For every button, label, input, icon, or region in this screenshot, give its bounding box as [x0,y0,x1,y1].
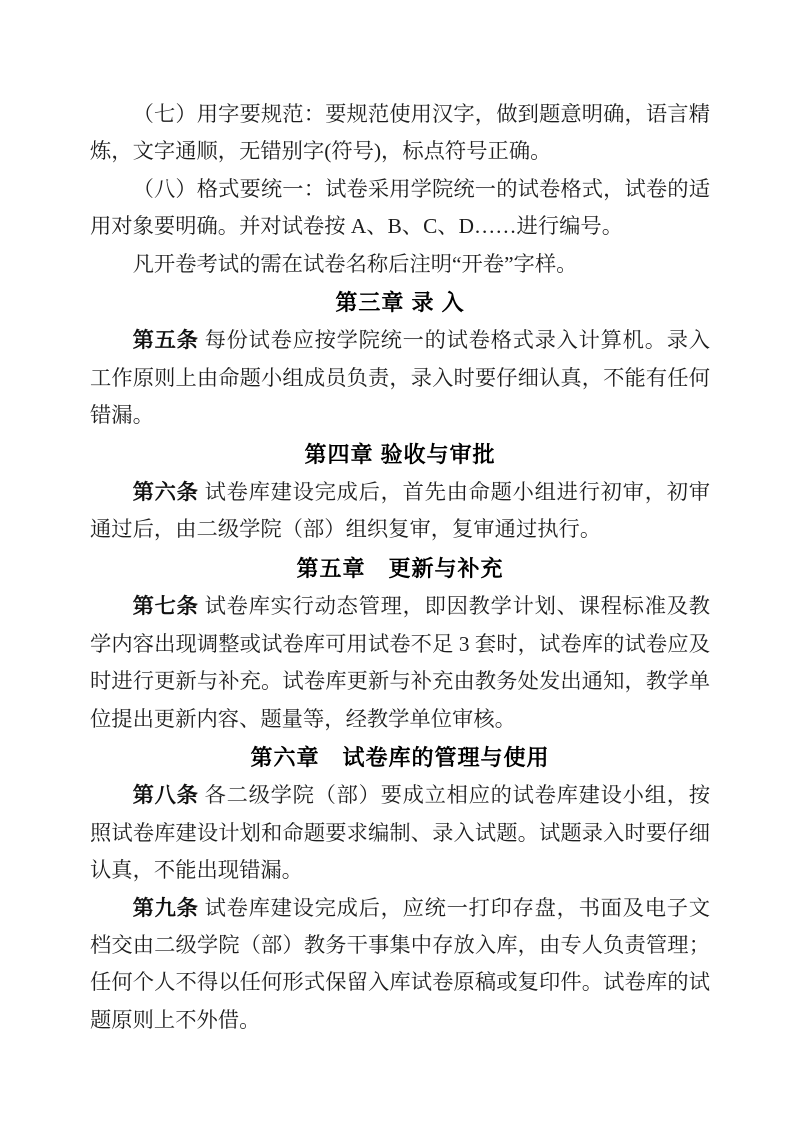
paragraph-article-5: 第五条 每份试卷应按学院统一的试卷格式录入计算机。录入工作原则上由命题小组成员负… [90,322,710,434]
paragraph-text: （八）格式要统一：试卷采用学院统一的试卷格式，试卷的适用对象要明确。并对试卷按 … [90,177,710,238]
chapter-heading-3: 第三章 录 入 [90,284,710,321]
paragraph-article-9: 第九条 试卷库建设完成后，应统一打印存盘，书面及电子文档交由二级学院（部）教务干… [90,890,710,1040]
article-number: 第八条 [133,783,199,807]
chapter-heading-4: 第四章 验收与审批 [90,436,710,473]
paragraph-open-book-note: 凡开卷考试的需在试卷名称后注明“开卷”字样。 [90,246,710,283]
paragraph-text: （七）用字要规范：要规范使用汉字，做到题意明确，语言精炼，文字通顺，无错别字(符… [90,102,710,163]
paragraph-article-6: 第六条 试卷库建设完成后，首先由命题小组进行初审，初审通过后，由二级学院（部）组… [90,474,710,549]
paragraph-item-7: （七）用字要规范：要规范使用汉字，做到题意明确，语言精炼，文字通顺，无错别字(符… [90,96,710,171]
paragraph-article-7: 第七条 试卷库实行动态管理，即因教学计划、课程标准及教学内容出现调整或试卷库可用… [90,588,710,738]
paragraph-text: 凡开卷考试的需在试卷名称后注明“开卷”字样。 [133,252,578,276]
paragraph-article-8: 第八条 各二级学院（部）要成立相应的试卷库建设小组，按照试卷库建设计划和命题要求… [90,777,710,889]
chapter-heading-6: 第六章 试卷库的管理与使用 [90,739,710,776]
article-number: 第九条 [133,896,199,920]
document-page: （七）用字要规范：要规范使用汉字，做到题意明确，语言精炼，文字通顺，无错别字(符… [0,0,794,1122]
article-number: 第五条 [133,328,199,352]
paragraph-item-8: （八）格式要统一：试卷采用学院统一的试卷格式，试卷的适用对象要明确。并对试卷按 … [90,171,710,246]
chapter-heading-5: 第五章 更新与补充 [90,550,710,587]
article-number: 第七条 [133,594,199,618]
article-number: 第六条 [133,480,199,504]
